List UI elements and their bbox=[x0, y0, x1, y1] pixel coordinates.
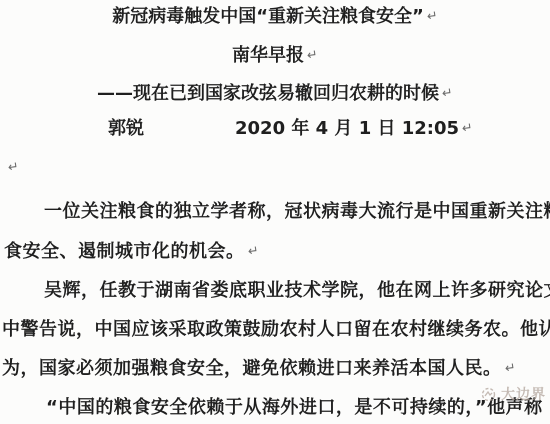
byline-author: 郭锐 bbox=[108, 117, 144, 141]
body-text: 为，国家必须加强粮食安全，避免依赖进口来养活本国人民。 bbox=[2, 358, 502, 379]
title-line: 新冠病毒触发中国“重新关注粮食安全”↵ bbox=[0, 5, 550, 29]
byline-datetime: 2020 年 4 月 1 日 12:05↵ bbox=[235, 117, 473, 141]
article-subtitle: ——现在已到国家改弦易辙回归农耕的时候 bbox=[97, 83, 439, 104]
watermark-logo-icon bbox=[481, 387, 496, 402]
paragraph-3-line-1: “中国的粮食安全依赖于从海外进口，是不可持续的，”他声称 bbox=[46, 396, 543, 420]
paragraph-mark-icon: ↵ bbox=[6, 155, 20, 180]
paragraph-mark-icon: ↵ bbox=[246, 239, 261, 264]
paragraph-2-line-1: 吴辉，任教于湖南省娄底职业技术学院，他在网上许多研究论文 bbox=[44, 279, 550, 303]
paragraph-mark-icon: ↵ bbox=[440, 81, 454, 106]
body-text: 吴辉，任教于湖南省娄底职业技术学院，他在网上许多研究论文 bbox=[44, 280, 550, 301]
article-title: 新冠病毒触发中国“重新关注粮食安全” bbox=[112, 6, 424, 27]
paragraph-2-line-2: 中警告说，中国应该采取政策鼓励农村人口留在农村继续务农。他认 bbox=[2, 318, 550, 342]
watermark: 大边界 bbox=[481, 384, 546, 404]
paragraph-1-line-1: 一位关注粮食的独立学者称，冠状病毒大流行是中国重新关注粮 bbox=[44, 200, 550, 224]
body-text: 中警告说，中国应该采取政策鼓励农村人口留在农村继续务农。他认 bbox=[2, 319, 550, 340]
paragraph-mark-icon: ↵ bbox=[503, 356, 518, 381]
source-line: 南华早报↵ bbox=[0, 44, 550, 68]
empty-paragraph-line: ↵ bbox=[8, 156, 19, 180]
subtitle-line: ——现在已到国家改弦易辙回归农耕的时候↵ bbox=[0, 82, 550, 106]
paragraph-2-line-3: 为，国家必须加强粮食安全，避免依赖进口来养活本国人民。↵ bbox=[2, 357, 516, 381]
paragraph-mark-icon: ↵ bbox=[460, 116, 474, 141]
body-text: 一位关注粮食的独立学者称，冠状病毒大流行是中国重新关注粮 bbox=[44, 201, 550, 222]
article-document: 新冠病毒触发中国“重新关注粮食安全”↵ 南华早报↵ ——现在已到国家改弦易辙回归… bbox=[0, 0, 550, 424]
body-text: 食安全、遏制城市化的机会。 bbox=[4, 241, 245, 262]
byline-datetime-text: 2020 年 4 月 1 日 12:05 bbox=[235, 118, 459, 139]
article-source: 南华早报 bbox=[232, 45, 304, 66]
paragraph-mark-icon: ↵ bbox=[425, 4, 439, 29]
watermark-label: 大边界 bbox=[501, 384, 546, 404]
paragraph-1-line-2: 食安全、遏制城市化的机会。↵ bbox=[4, 240, 259, 264]
paragraph-mark-icon: ↵ bbox=[305, 43, 319, 68]
body-text: “中国的粮食安全依赖于从海外进口，是不可持续的，”他声称 bbox=[46, 397, 543, 418]
